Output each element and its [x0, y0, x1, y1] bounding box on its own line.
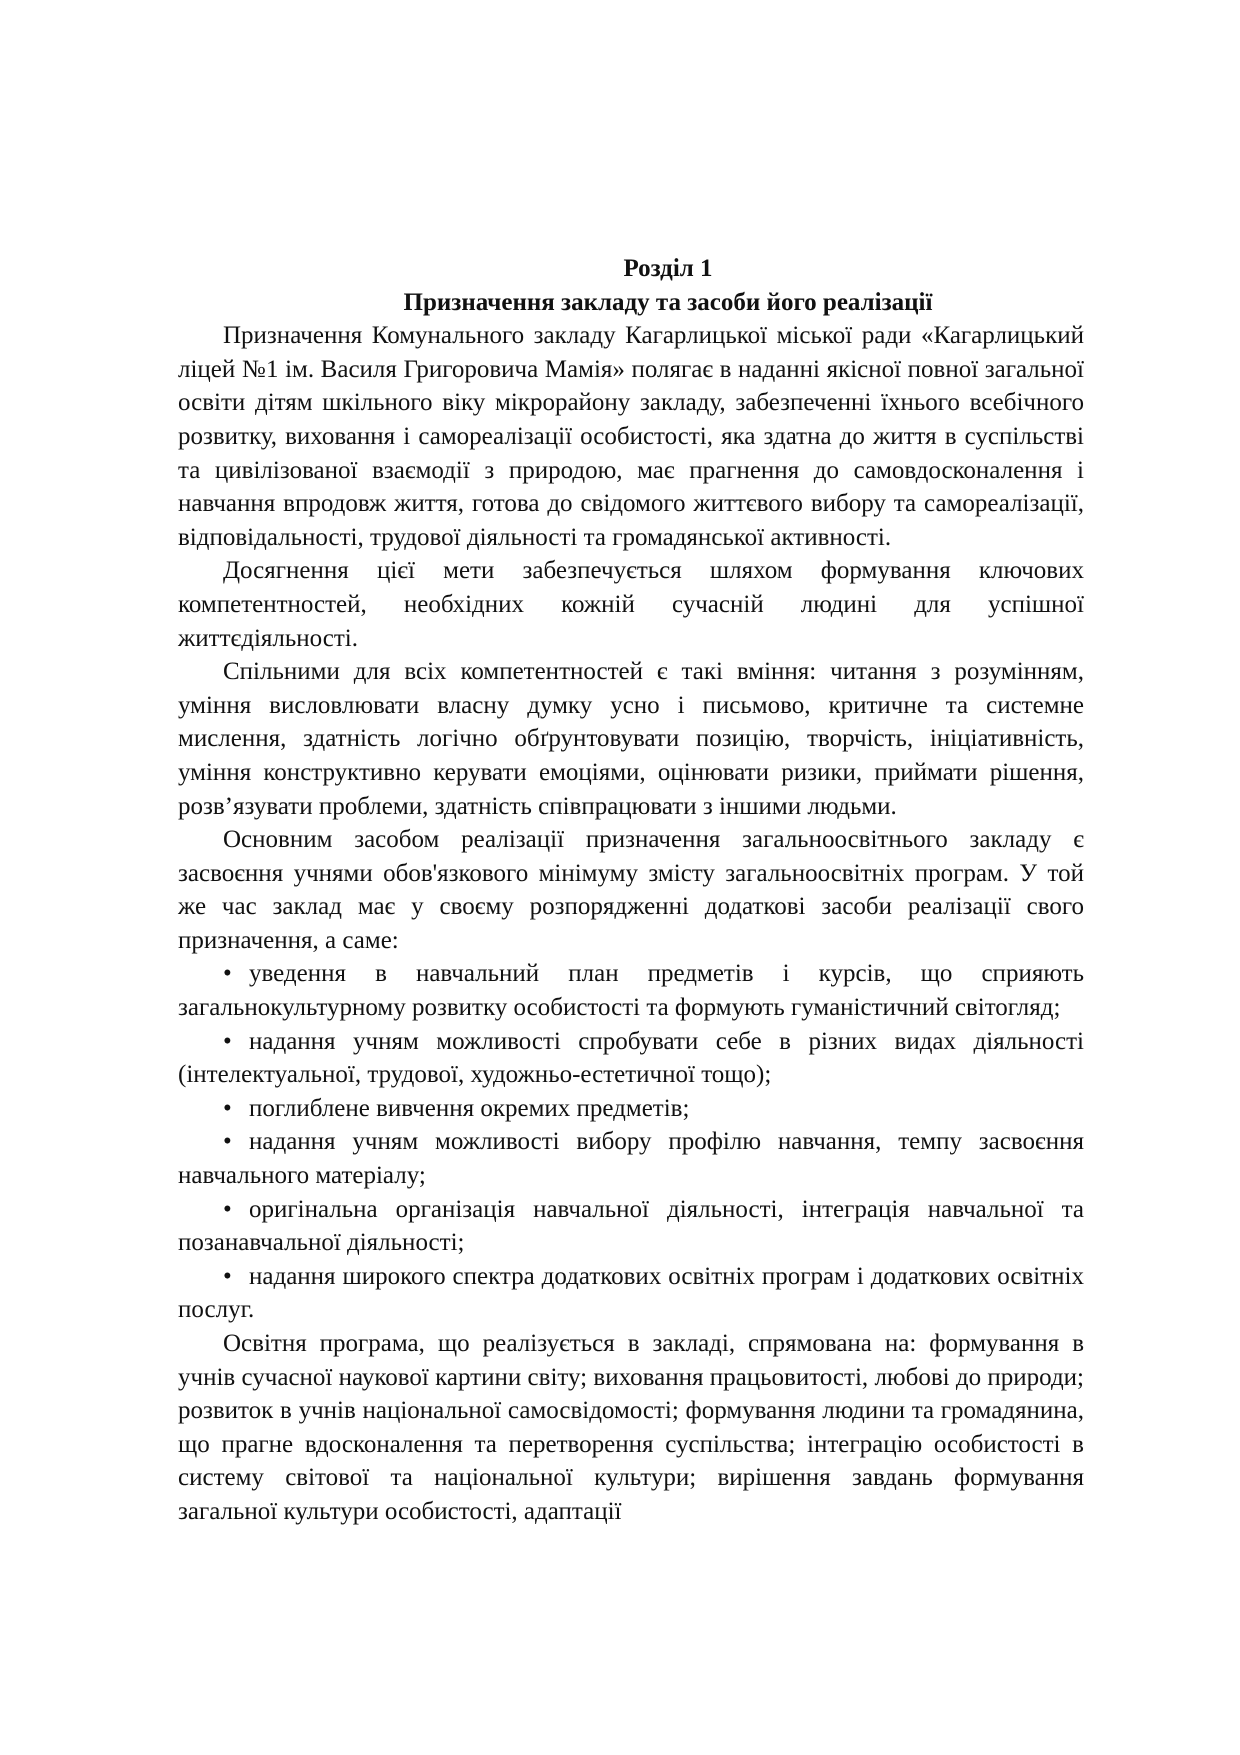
list-item-text: уведення в навчальний план предметів і к… — [178, 960, 1084, 1021]
paragraph-common-skills: Спільними для всіх компетентностей є так… — [178, 655, 1084, 823]
list-item-text: поглиблене вивчення окремих предметів; — [249, 1095, 689, 1122]
bullet-icon: • — [223, 1125, 249, 1159]
list-item: •надання широкого спектра додаткових осв… — [178, 1260, 1084, 1327]
list-item-text: надання учням можливості спробувати себе… — [178, 1028, 1084, 1089]
list-item-text: оригінальна організація навчальної діяль… — [178, 1196, 1084, 1257]
paragraph-main-means: Основним засобом реалізації призначення … — [178, 823, 1084, 957]
bullet-icon: • — [223, 1025, 249, 1059]
list-item: •надання учням можливості вибору профілю… — [178, 1125, 1084, 1192]
bullet-icon: • — [223, 1260, 249, 1294]
section-label: Розділ 1 — [178, 252, 1084, 286]
list-item-text: надання учням можливості вибору профілю … — [178, 1128, 1084, 1189]
list-item-text: надання широкого спектра додаткових осві… — [178, 1263, 1084, 1324]
bullet-icon: • — [223, 1092, 249, 1126]
list-item: •поглиблене вивчення окремих предметів; — [178, 1092, 1084, 1126]
paragraph-goal: Досягнення цієї мети забезпечується шлях… — [178, 554, 1084, 655]
document-page: Розділ 1 Призначення закладу та засоби й… — [178, 252, 1084, 1529]
bullet-icon: • — [223, 957, 249, 991]
bullet-icon: • — [223, 1193, 249, 1227]
section-title: Призначення закладу та засоби його реалі… — [178, 286, 1084, 320]
list-item: •оригінальна організація навчальної діял… — [178, 1193, 1084, 1260]
paragraph-purpose: Призначення Комунального закладу Кагарли… — [178, 319, 1084, 554]
paragraph-program-aims: Освітня програма, що реалізується в закл… — [178, 1327, 1084, 1529]
list-item: •надання учням можливості спробувати себ… — [178, 1025, 1084, 1092]
list-item: •уведення в навчальний план предметів і … — [178, 957, 1084, 1024]
